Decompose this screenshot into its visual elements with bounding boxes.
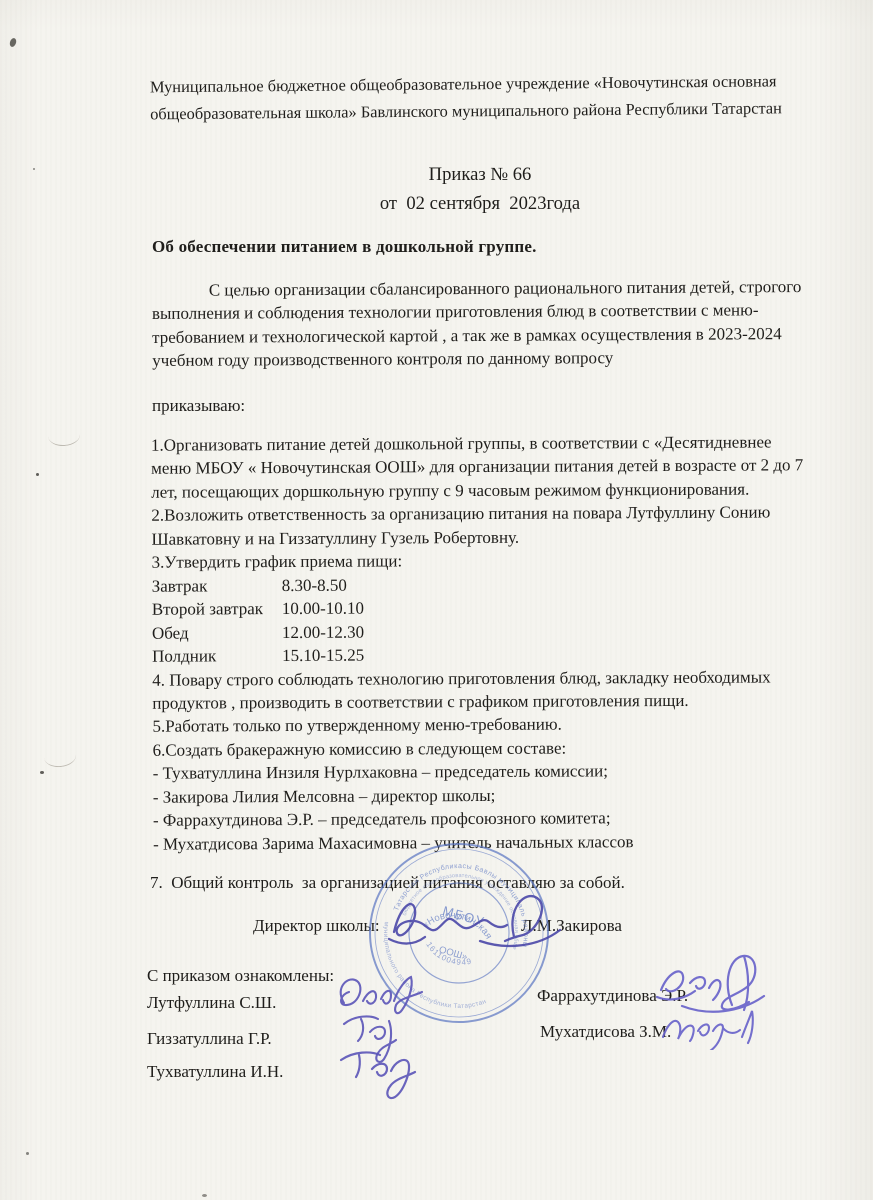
preamble-paragraph: С целью организации сбалансированного ра… [152, 275, 802, 372]
meal-time: 12.00-12.30 [282, 622, 364, 641]
decree-word: приказываю: [152, 396, 245, 416]
scan-curl-mark [43, 744, 77, 768]
director-label: Директор школы: [253, 916, 380, 936]
commission-member: - Тухватуллина Инзиля Нурлхаковна – пред… [153, 759, 805, 786]
order-items: 1.Организовать питание детей дошкольной … [151, 430, 805, 856]
preamble-line: учебном году производственного контроля … [152, 345, 802, 372]
scan-speck [9, 37, 18, 48]
schedule-row: Второй завтрак10.00-10.10 [152, 594, 804, 621]
meal-time: 10.00-10.10 [282, 599, 364, 618]
item1-line: 1.Организовать питание детей дошкольной … [151, 430, 803, 457]
schedule-row: Обед12.00-12.30 [152, 618, 804, 645]
meal-name: Обед [152, 621, 282, 645]
ack-name-lutfullina: Лутфуллина С.Ш. [147, 993, 276, 1013]
item2-line: Шавкатовну и на Гиззатуллину Гузель Робе… [151, 524, 803, 551]
ack-name-gizzatullina: Гиззатуллина Г.Р. [147, 1029, 272, 1049]
commission-member: - Фаррахутдинова Э.Р. – председатель про… [153, 806, 805, 833]
item1-line: лет, посещающих доршкольную группу с 9 ч… [151, 477, 803, 504]
meal-name: Второй завтрак [152, 597, 282, 621]
org-header-line2: общеобразовательная школа» Бавлинского м… [150, 94, 850, 128]
meal-time: 15.10-15.25 [282, 646, 364, 665]
organization-header: Муниципальное бюджетное общеобразователь… [150, 67, 850, 128]
item6-line: 6.Создать бракеражную комиссию в следующ… [152, 735, 804, 762]
commission-member: - Закирова Лилия Мелсовна – директор шко… [153, 782, 805, 809]
scan-speck [33, 168, 35, 170]
item2-line: 2.Возложить ответственность за организац… [151, 501, 803, 528]
ack-name-tukhvatullina: Тухватуллина И.Н. [147, 1062, 283, 1082]
signature-tukhvatullina [334, 1044, 434, 1102]
scan-speck [202, 1194, 207, 1197]
scanned-order-document: Муниципальное бюджетное общеобразователь… [0, 0, 873, 1200]
preamble-line: выполнения и соблюдения технологии приго… [152, 298, 802, 325]
item5-line: 5.Работать только по утвержденному меню-… [152, 712, 804, 739]
order-title: Приказ № 66 [150, 160, 810, 189]
official-stamp: Татарстан Республикасы Бавлы муниципаль … [366, 840, 552, 1026]
schedule-row: Полдник15.10-15.25 [152, 641, 804, 668]
item4-line: 4. Повару строго соблюдать технологию пр… [152, 665, 804, 692]
scan-curl-mark [47, 424, 80, 447]
acknowledgement-title: С приказом ознакомлены: [147, 966, 334, 986]
item4-line: продуктов , производить в соответствии с… [152, 688, 804, 715]
order-subject: Об обеспечении питанием в дошкольной гру… [152, 237, 537, 257]
scan-speck [40, 771, 44, 774]
item1-line: меню МБОУ « Новочутинская ООШ» для орган… [151, 454, 803, 481]
meal-time: 8.30-8.50 [282, 575, 347, 594]
meal-name: Завтрак [152, 574, 282, 598]
ack-name-farrakhutdinova: Фаррахутдинова Э.Р. [537, 986, 688, 1006]
scan-speck [36, 473, 39, 476]
preamble-line: требованием и технологической картой , а… [152, 322, 802, 349]
ack-name-mukhatdisova: Мухатдисова З.М. [540, 1022, 671, 1042]
meal-name: Полдник [152, 644, 282, 668]
order-date: от 02 сентября 2023года [150, 189, 810, 218]
schedule-row: Завтрак8.30-8.50 [152, 571, 804, 598]
scan-speck [26, 1152, 29, 1155]
item3-line: 3.Утвердить график приема пищи: [152, 548, 804, 575]
order-heading: Приказ № 66 от 02 сентября 2023года [150, 160, 810, 218]
